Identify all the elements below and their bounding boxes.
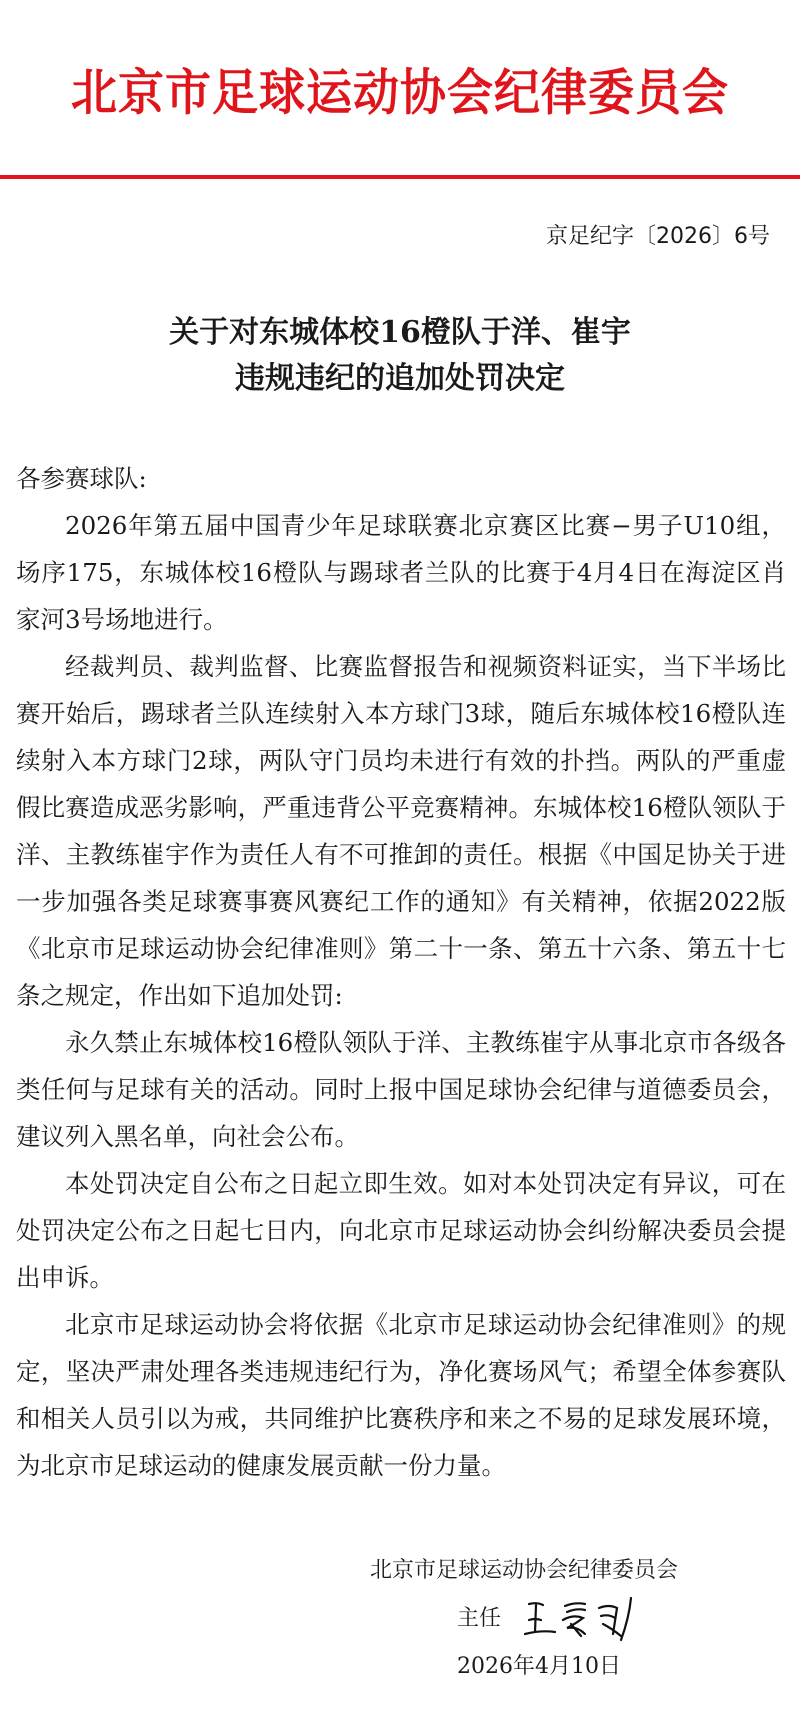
document-body: 各参赛球队: 2026年第五届中国青少年足球联赛北京赛区比赛−男子U10组，场序… — [16, 455, 786, 1489]
paragraph-appeal: 本处罚决定自公布之日起立即生效。如对本处罚决定有异议，可在处罚决定公布之日起七日… — [16, 1160, 786, 1301]
letterhead-red-rule — [0, 175, 800, 179]
signing-date: 2026年4月10日 — [457, 1644, 621, 1690]
document-title: 关于对东城体校16橙队于洋、崔宇 违规违纪的追加处罚决定 — [0, 310, 800, 402]
signing-organization: 北京市足球运动协会纪律委员会 — [370, 1548, 678, 1594]
handwritten-signature-icon — [521, 1594, 651, 1644]
signer-role: 主任 — [457, 1596, 501, 1642]
paragraph-match-info: 2026年第五届中国青少年足球联赛北京赛区比赛−男子U10组，场序175，东城体… — [16, 502, 786, 643]
paragraph-penalty: 永久禁止东城体校16橙队领队于洋、主教练崔宇从事北京市各级各类任何与足球有关的活… — [16, 1019, 786, 1160]
paragraph-closing: 北京市足球运动协会将依据《北京市足球运动协会纪律准则》的规定，坚决严肃处理各类违… — [16, 1301, 786, 1489]
signer-row: 主任 — [457, 1594, 651, 1644]
letterhead-title: 北京市足球运动协会纪律委员会 — [0, 60, 800, 125]
title-line-2: 违规违纪的追加处罚决定 — [0, 356, 800, 402]
salutation: 各参赛球队: — [16, 455, 786, 502]
paragraph-findings: 经裁判员、裁判监督、比赛监督报告和视频资料证实，当下半场比赛开始后，踢球者兰队连… — [16, 643, 786, 1019]
document-number: 京足纪字〔2026〕6号 — [546, 222, 770, 252]
title-line-1: 关于对东城体校16橙队于洋、崔宇 — [0, 310, 800, 356]
